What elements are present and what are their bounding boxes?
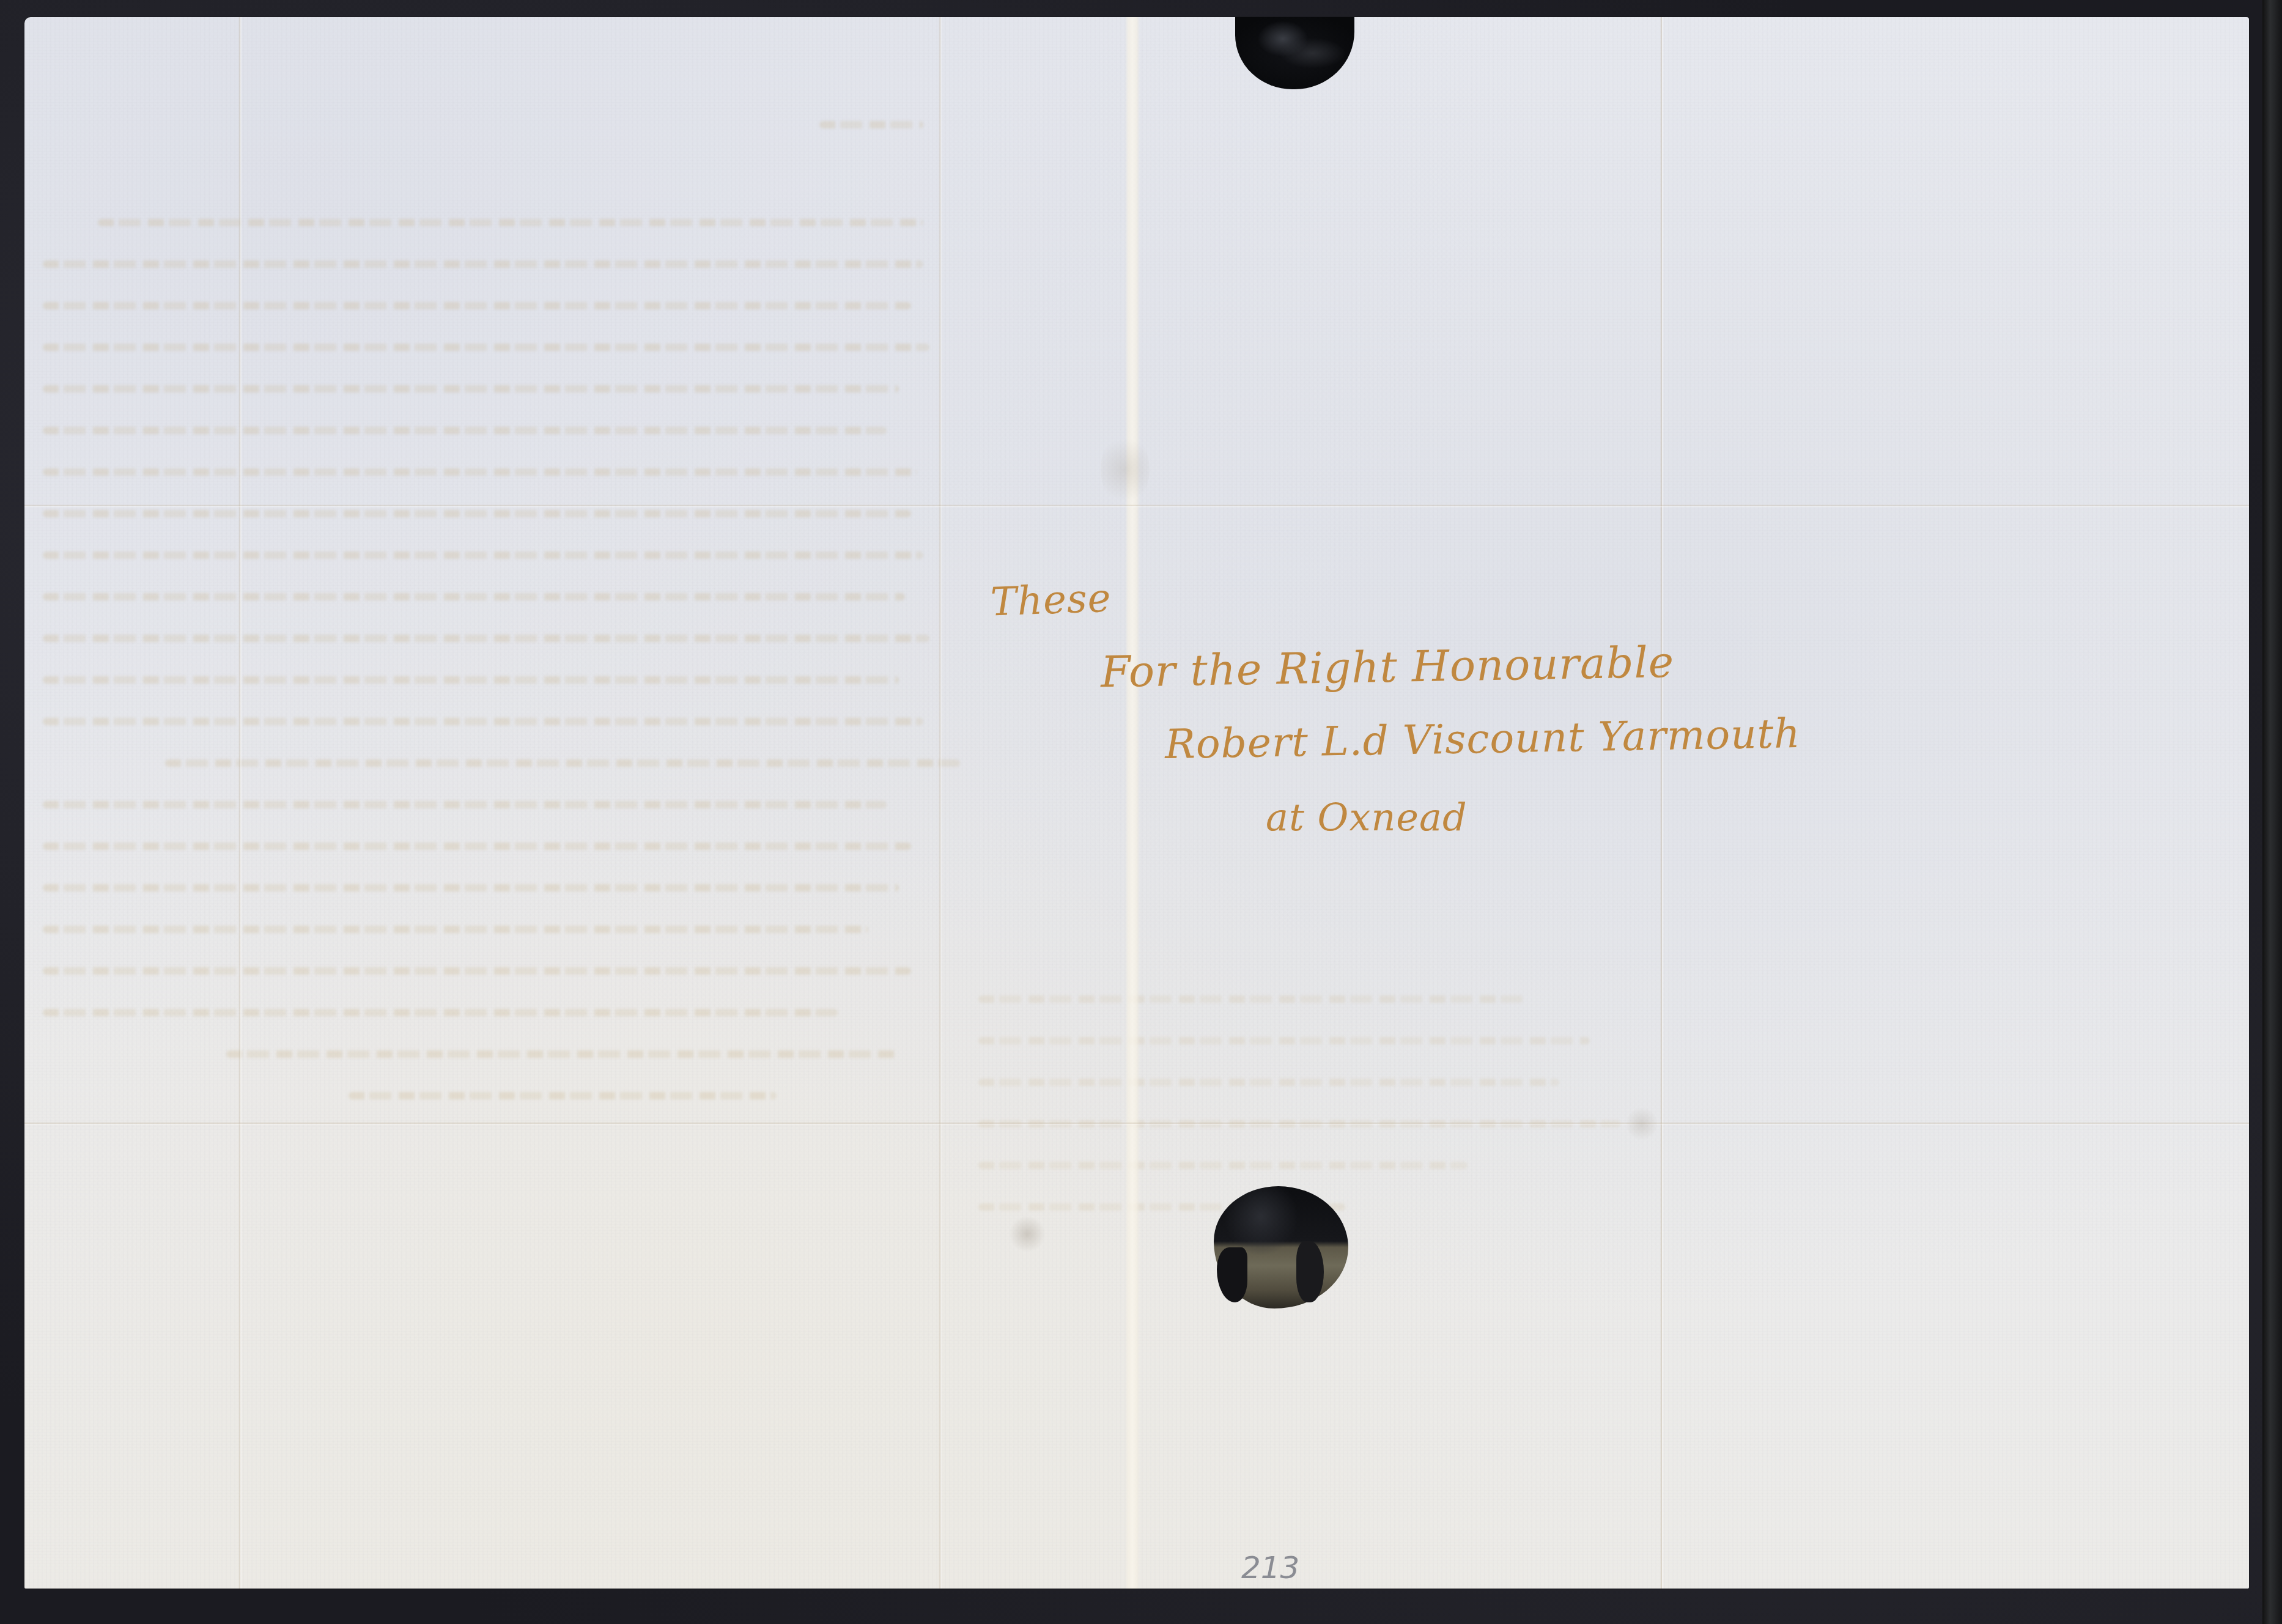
wax-seal-bottom-fragment	[1296, 1241, 1324, 1302]
fold-line-horizontal-2	[24, 1122, 2249, 1125]
address-line-location: at Oxnead	[1266, 795, 1468, 840]
stain	[1009, 1216, 1046, 1252]
letter-sheet	[24, 17, 2249, 1589]
stain	[1627, 1105, 1657, 1142]
stain	[1101, 433, 1150, 506]
address-line-recipient-title: For the Right Honourable	[1100, 637, 1674, 697]
folio-number: 213	[1241, 1550, 1299, 1585]
bleed-through-text-heading	[819, 121, 929, 163]
fold-line-vertical-3	[1125, 17, 1140, 1589]
fold-line-vertical-4	[1660, 17, 1664, 1589]
fold-line-vertical-1	[238, 17, 242, 1589]
fold-line-vertical-2	[939, 17, 942, 1589]
bleed-through-text-left	[43, 219, 936, 1134]
mount-edge	[2262, 0, 2282, 1624]
address-line-these: These	[990, 576, 1112, 626]
fold-line-horizontal-1	[24, 504, 2249, 508]
